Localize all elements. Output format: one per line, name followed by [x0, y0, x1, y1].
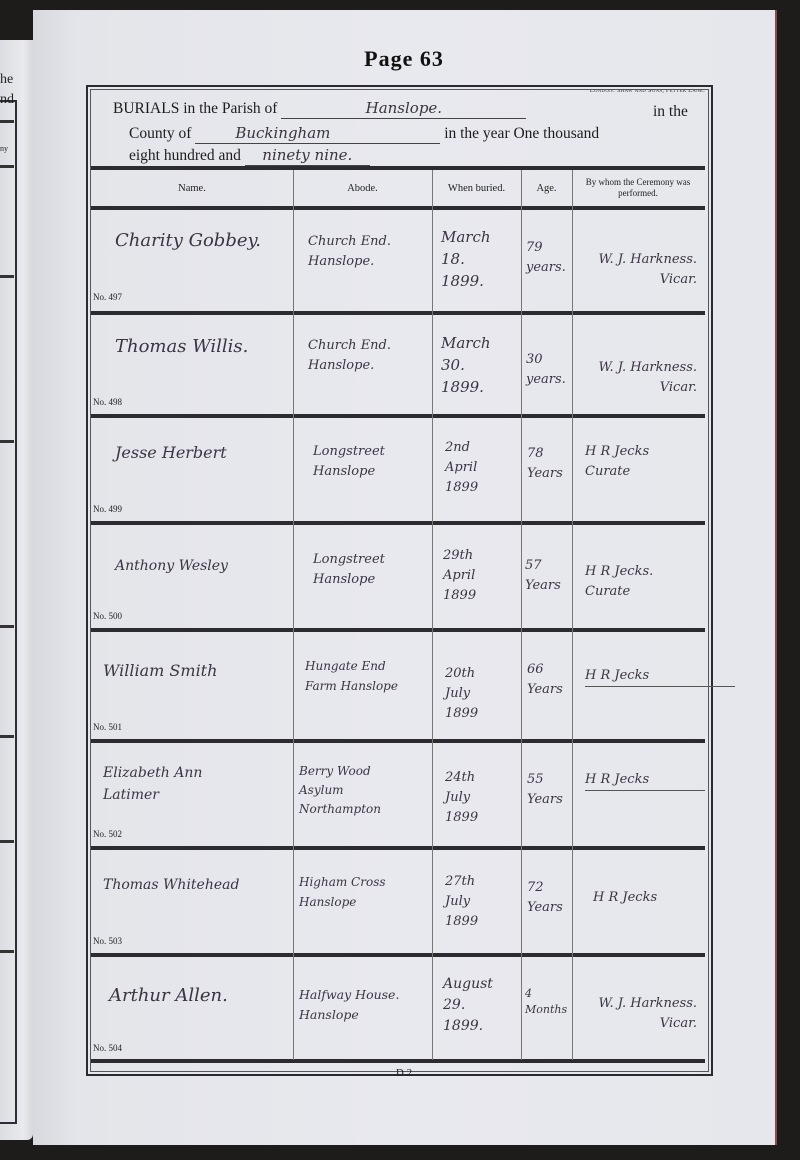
entry-age: 4 Months — [525, 986, 567, 1018]
entry-abode: Church End. Hanslope. — [308, 336, 391, 376]
entry-officiant: W. J. Harkness. Vicar. — [579, 994, 697, 1034]
previous-page-frame — [0, 100, 17, 1124]
entry-name: Arthur Allen. — [109, 985, 228, 1007]
entry-when-buried: 27th July 1899 — [445, 872, 478, 932]
entry-number: No. 497 — [93, 292, 122, 302]
column-header-abode: Abode. — [293, 170, 432, 206]
entry-name: Anthony Wesley — [115, 555, 228, 577]
year-field: ninety nine. — [245, 146, 370, 166]
entry-number: No. 500 — [93, 611, 122, 621]
column-header-when-buried: When buried. — [432, 170, 521, 206]
header-text: in the year One thousand — [444, 125, 599, 142]
header-line-year: eight hundred and ninety nine. — [129, 146, 370, 166]
row-rule — [91, 953, 705, 957]
entry-age: 66 Years — [527, 660, 563, 700]
entry-name: William Smith — [103, 660, 217, 682]
column-divider — [293, 170, 294, 1060]
entry-age: 79 years. — [526, 238, 566, 278]
previous-page-rule — [0, 735, 14, 738]
entry-officiant: H R Jecks — [593, 888, 657, 908]
entry-number: No. 503 — [93, 936, 122, 946]
column-divider — [572, 170, 573, 1060]
county-field: Buckingham — [195, 124, 440, 144]
entry-officiant: W. J. Harkness. Vicar. — [579, 358, 697, 398]
entry-abode: Halfway House. Hanslope — [299, 985, 399, 1025]
bottom-rule — [91, 1059, 705, 1063]
entry-when-buried: 2nd April 1899 — [445, 438, 478, 498]
entry-name: Elizabeth Ann Latimer — [103, 762, 202, 806]
entry-name: Thomas Willis. — [115, 336, 248, 358]
entry-age: 78 Years — [527, 444, 563, 484]
entry-when-buried: 29th April 1899 — [443, 546, 476, 606]
entry-when-buried: 24th July 1899 — [445, 768, 478, 828]
entry-number: No. 498 — [93, 397, 122, 407]
entry-abode: Church End. Hanslope. — [308, 232, 391, 272]
entry-when-buried: March 18. 1899. — [441, 226, 491, 292]
row-rule — [91, 521, 705, 525]
parish-field: Hanslope. — [281, 99, 526, 119]
entry-abode: Berry Wood Asylum Northampton — [299, 762, 381, 819]
entry-officiant: W. J. Harkness. Vicar. — [579, 250, 697, 290]
entry-abode: Hungate End Farm Hanslope — [305, 656, 398, 696]
header-suffix: in the — [653, 103, 688, 121]
entry-name: Thomas Whitehead — [103, 874, 239, 896]
previous-page-fragment: he — [0, 72, 13, 88]
column-header-rule — [91, 206, 705, 210]
row-rule — [91, 739, 705, 743]
column-header-officiant: By whom the Ceremony was performed. — [575, 170, 701, 206]
entry-when-buried: August 29. 1899. — [443, 974, 493, 1037]
previous-page-fragment: ny — [0, 144, 8, 153]
entry-number: No. 504 — [93, 1043, 122, 1053]
previous-page-edge: he nd ny — [0, 40, 33, 1140]
entry-number: No. 499 — [93, 504, 122, 514]
entry-officiant: H R Jecks — [585, 770, 705, 791]
column-header-age: Age. — [521, 170, 572, 206]
previous-page-rule — [0, 165, 14, 168]
entry-number: No. 502 — [93, 829, 122, 839]
entry-abode: Longstreet Hanslope — [313, 442, 385, 482]
entry-abode: Higham Cross Hanslope — [299, 872, 386, 912]
entry-officiant: H R Jecks. Curate — [585, 562, 653, 602]
entry-number: No. 501 — [93, 722, 122, 732]
row-rule — [91, 311, 705, 315]
entry-officiant: H R Jecks — [585, 666, 735, 687]
previous-page-rule — [0, 275, 14, 278]
register-page: Page 63 London: Shaw and Sons, Fetter La… — [33, 10, 777, 1145]
previous-page-rule — [0, 440, 14, 443]
entry-officiant: H R Jecks Curate — [585, 442, 649, 482]
header-text: eight hundred and — [129, 147, 241, 164]
entry-name: Jesse Herbert — [115, 442, 227, 464]
previous-page-rule — [0, 950, 14, 953]
entry-when-buried: 20th July 1899 — [445, 664, 478, 724]
signature-mark: D 2 — [33, 1067, 775, 1079]
entry-age: 30 years. — [526, 350, 566, 390]
entry-when-buried: March 30. 1899. — [441, 332, 491, 398]
header-text: County of — [129, 125, 191, 142]
row-rule — [91, 628, 705, 632]
entry-age: 57 Years — [525, 556, 561, 596]
entry-age: 55 Years — [527, 770, 563, 810]
entry-abode: Longstreet Hanslope — [313, 550, 385, 590]
entry-age: 72 Years — [527, 878, 563, 918]
header-line-county: County of Buckingham in the year One tho… — [129, 124, 599, 144]
previous-page-rule — [0, 840, 14, 843]
previous-page-rule — [0, 625, 14, 628]
header-line-parish: BURIALS in the Parish of Hanslope. — [113, 99, 526, 119]
page-title: Page 63 — [33, 46, 775, 72]
row-rule — [91, 846, 705, 850]
previous-page-rule — [0, 120, 14, 123]
row-rule — [91, 414, 705, 418]
column-header-name: Name. — [91, 170, 293, 206]
entry-name: Charity Gobbey. — [115, 230, 261, 252]
column-divider — [432, 170, 433, 1060]
previous-page-fragment: nd — [0, 92, 14, 108]
header-text: BURIALS in the Parish of — [113, 100, 277, 117]
column-divider — [521, 170, 522, 1060]
